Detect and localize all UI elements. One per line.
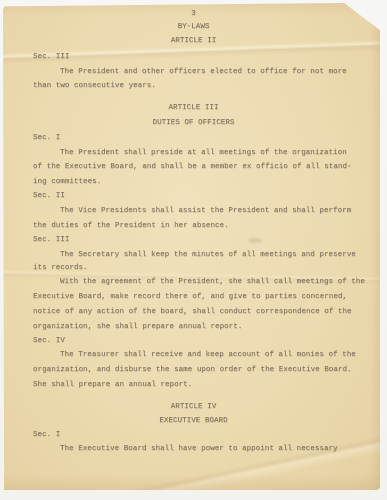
article-iv-heading: ARTICLE IV (33, 403, 354, 412)
section-label: Sec. III (33, 53, 354, 62)
article-iii-heading: ARTICLE III (33, 104, 354, 113)
section-label: Sec. IV (33, 337, 354, 346)
body-line: the duties of the President in her absen… (33, 222, 354, 231)
section-label: Sec. II (33, 192, 354, 201)
section-label: Sec. I (33, 431, 354, 440)
article-ii-heading: ARTICLE II (33, 37, 354, 46)
typewritten-text: 3 BY-LAWS ARTICLE II Sec. III The Presid… (0, 0, 387, 500)
executive-board-subheading: EXECUTIVE BOARD (33, 417, 354, 426)
body-line: The Executive Board shall have power to … (33, 445, 381, 454)
body-line: The Treasurer shall receive and keep acc… (33, 351, 381, 360)
body-line: The Secretary shall keep the minutes of … (33, 251, 381, 260)
section-label: Sec. III (33, 236, 354, 245)
section-label: Sec. I (33, 134, 354, 143)
doc-title: BY-LAWS (33, 23, 354, 32)
body-line: ing committees. (33, 178, 354, 187)
duties-subheading: DUTIES OF OFFICERS (33, 119, 354, 128)
body-line: The Vice Presidents shall assist the Pre… (33, 207, 381, 216)
body-line: of the Executive Board, and shall be a m… (33, 163, 354, 172)
body-line: With the agreement of the President, she… (33, 278, 381, 287)
body-line: notice of any action of the board, shall… (33, 308, 354, 317)
body-line: organization, and disburse the same upon… (33, 366, 354, 375)
body-line: Executive Board, make record there of, a… (33, 293, 354, 302)
body-line: She shall prepare an annual report. (33, 381, 354, 390)
body-line: its records. (33, 264, 354, 273)
body-line: The President shall preside at all meeti… (33, 149, 381, 158)
body-line: The President and other officers elected… (33, 68, 381, 77)
page-number: 3 (33, 10, 354, 19)
photo-backdrop: 3 BY-LAWS ARTICLE II Sec. III The Presid… (0, 0, 387, 500)
body-line: organization, she shall prepare annual r… (33, 323, 354, 332)
body-line: than two consecutive years. (33, 82, 354, 91)
